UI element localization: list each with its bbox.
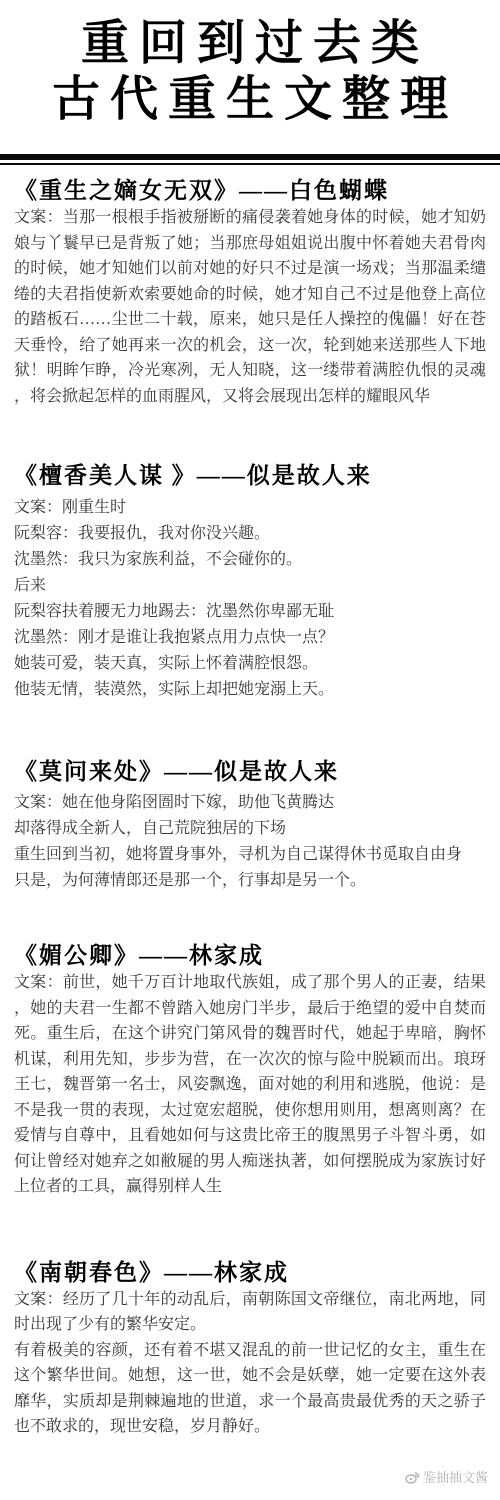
book-heading: 《莫问来处》——似是故人来 <box>14 757 486 786</box>
heading-dash: —— <box>239 178 289 203</box>
book-heading: 《媚公卿》——林家成 <box>14 941 486 970</box>
book-author: 似是故人来 <box>247 463 372 488</box>
weibo-logo-icon <box>405 1470 420 1484</box>
watermark-text: 鉴抽抽文酱 <box>423 1467 488 1486</box>
heading-dash: —— <box>164 1260 214 1285</box>
book-author: 似是故人来 <box>214 759 339 784</box>
book-title: 《莫问来处》 <box>14 759 164 784</box>
synopsis-line: 却落得成全新人，自己荒院独居的下场 <box>14 816 486 842</box>
synopsis-paragraph: 文案：当那一根根手指被掰断的痛侵袭着她身体的时候，她才知奶娘与丫鬟早已是背叛了她… <box>14 205 486 409</box>
double-rule-divider <box>0 154 500 165</box>
heading-dash: —— <box>139 943 189 968</box>
synopsis-paragraph: 文案：经历了几十年的动乱后，南朝陈国文帝继位，南北两地，同时出现了少有的繁华安定… <box>14 1287 486 1338</box>
dialog-line: 后来 <box>14 573 486 599</box>
page-title-line-1: 重回到过去类 <box>0 16 500 72</box>
book-title: 《重生之嫡女无双》 <box>14 178 239 203</box>
dialog-line: 她装可爱，装天真，实际上怀着满腔恨怨。 <box>14 651 486 677</box>
dialog-line: 阮梨容：我要报仇，我对你没兴趣。 <box>14 521 486 547</box>
heading-dash: —— <box>197 463 247 488</box>
document-page: 重回到过去类 古代重生文整理 《重生之嫡女无双》——白色蝴蝶 文案：当那一根根手… <box>0 0 500 1500</box>
book-title: 《檀香美人谋 》 <box>14 463 197 488</box>
dialog-line: 沈墨然：刚才是谁让我抱紧点用力点快一点？ <box>14 625 486 651</box>
book-entry: 《南朝春色》——林家成 文案：经历了几十年的动乱后，南朝陈国文帝继位，南北两地，… <box>0 1258 500 1440</box>
book-title: 《南朝春色》 <box>14 1260 164 1285</box>
book-author: 林家成 <box>214 1260 289 1285</box>
book-title: 《媚公卿》 <box>14 943 139 968</box>
synopsis-lines: 文案：刚重生时 阮梨容：我要报仇，我对你没兴趣。 沈墨然：我只为家族利益，不会碰… <box>14 495 486 703</box>
dialog-line: 他装无情，装漠然，实际上却把她宠溺上天。 <box>14 677 486 703</box>
synopsis-paragraph: 文案：前世，她千万百计地取代族姐，成了那个男人的正妻，结果，她的夫君一生都不曾踏… <box>14 970 486 1200</box>
dialog-line: 文案：刚重生时 <box>14 495 486 521</box>
synopsis-lines: 文案：她在他身陷囹圄时下嫁，助他飞黄腾达 却落得成全新人，自己荒院独居的下场 重… <box>14 790 486 894</box>
dialog-line: 沈墨然：我只为家族利益，不会碰你的。 <box>14 547 486 573</box>
book-author: 林家成 <box>189 943 264 968</box>
book-entry: 《媚公卿》——林家成 文案：前世，她千万百计地取代族姐，成了那个男人的正妻，结果… <box>0 941 500 1200</box>
heading-dash: —— <box>164 759 214 784</box>
book-heading: 《重生之嫡女无双》——白色蝴蝶 <box>14 176 486 205</box>
watermark: 鉴抽抽文酱 <box>405 1467 488 1486</box>
book-heading: 《南朝春色》——林家成 <box>14 1258 486 1287</box>
book-heading: 《檀香美人谋 》——似是故人来 <box>14 461 486 490</box>
synopsis-line: 文案：她在他身陷囹圄时下嫁，助他飞黄腾达 <box>14 790 486 816</box>
book-author: 白色蝴蝶 <box>289 178 389 203</box>
page-title-line-2: 古代重生文整理 <box>0 72 500 128</box>
book-entry: 《莫问来处》——似是故人来 文案：她在他身陷囹圄时下嫁，助他飞黄腾达 却落得成全… <box>0 757 500 894</box>
synopsis-line: 重生回到当初，她将置身事外，寻机为自己谋得休书觅取自由身 <box>14 842 486 868</box>
book-entry: 《重生之嫡女无双》——白色蝴蝶 文案：当那一根根手指被掰断的痛侵袭着她身体的时候… <box>0 176 500 409</box>
dialog-line: 阮梨容扶着腰无力地踢去：沈墨然你卑鄙无耻 <box>14 599 486 625</box>
synopsis-paragraph: 有着极美的容颜，还有着不堪又混乱的前一世记忆的女主，重生在这个繁华世间。她想，这… <box>14 1338 486 1440</box>
book-entry: 《檀香美人谋 》——似是故人来 文案：刚重生时 阮梨容：我要报仇，我对你没兴趣。… <box>0 461 500 703</box>
synopsis-line: 只是，为何薄情郎还是那一个，行事却是另一个。 <box>14 868 486 894</box>
